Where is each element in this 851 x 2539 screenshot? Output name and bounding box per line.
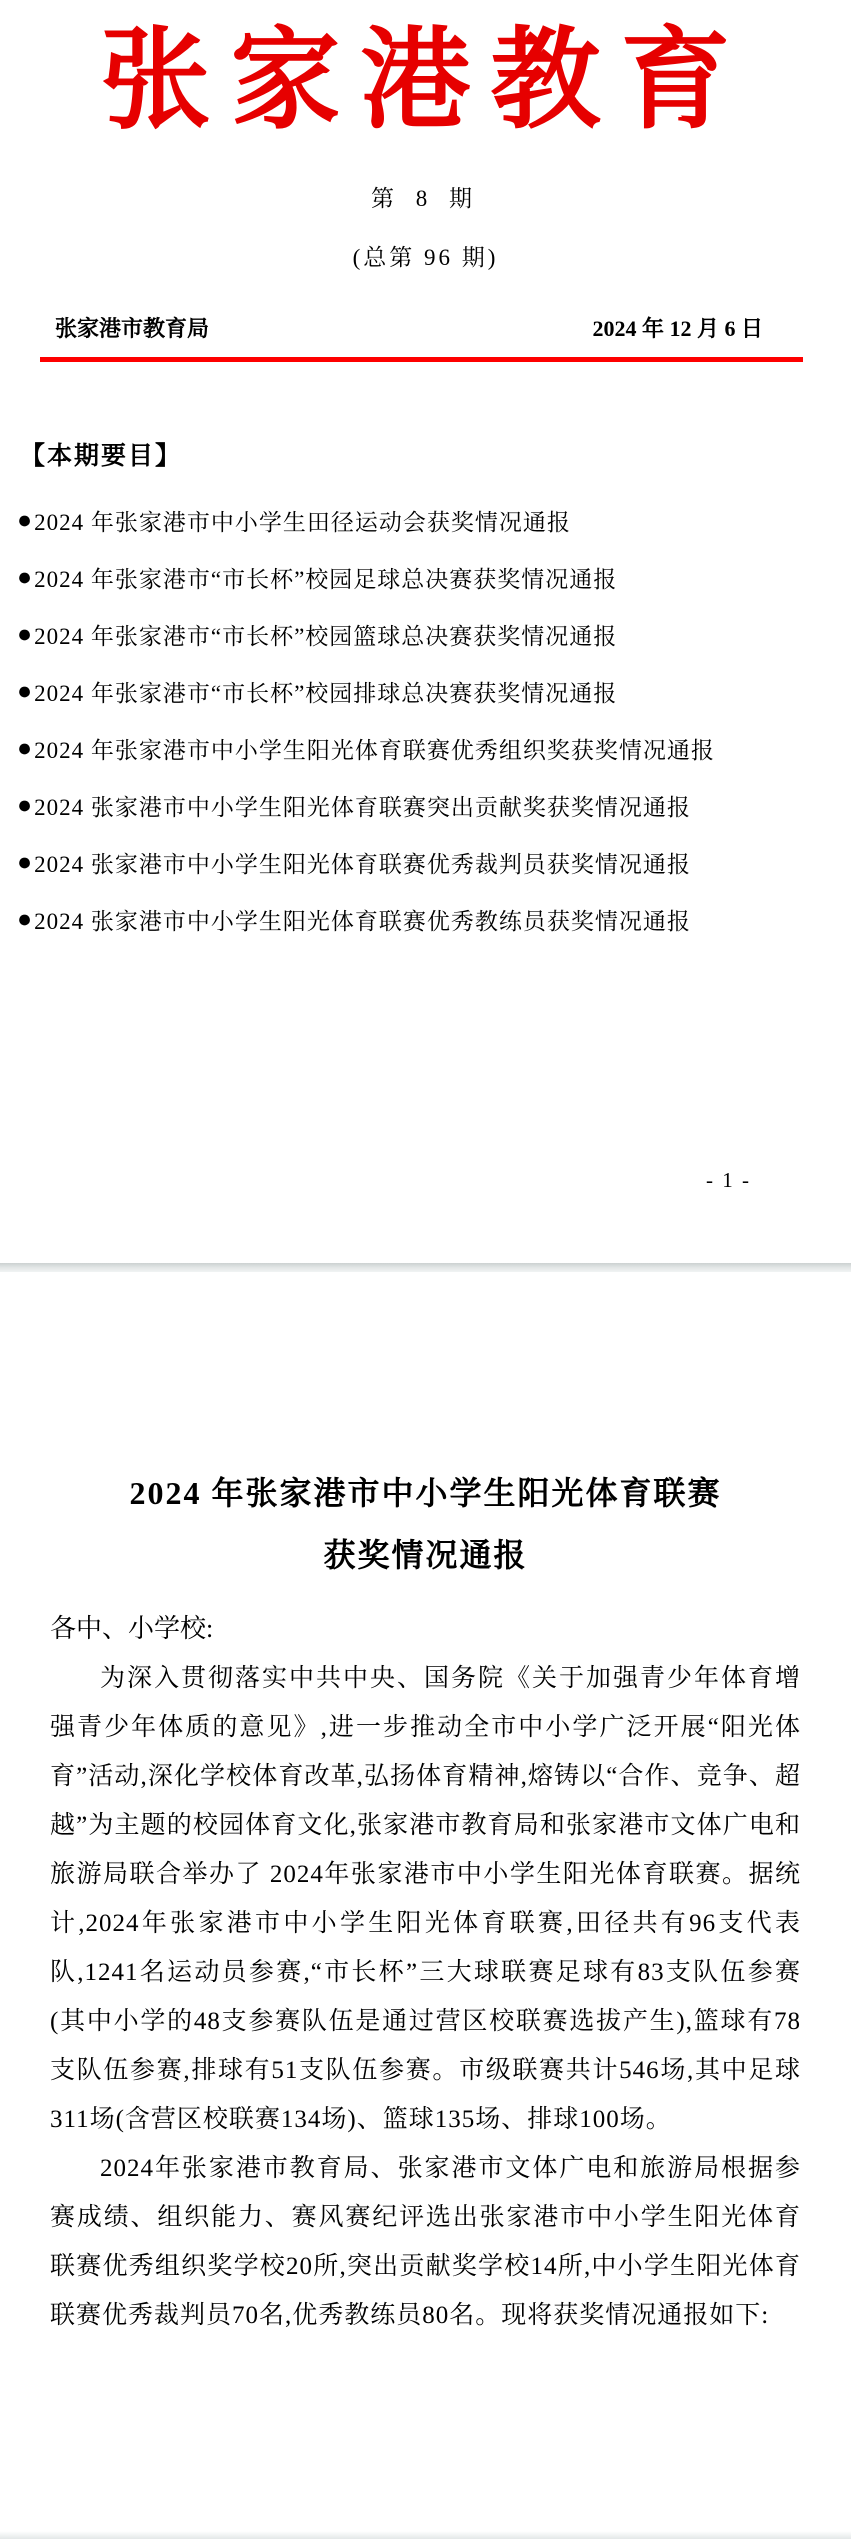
masthead-title: 张家港教育 [0,14,851,146]
bulletin-document: 张家港教育 第 8 期 (总第 96 期) 张家港市教育局 2024 年 12 … [0,0,851,2539]
toc-heading: 【本期要目】 [20,436,851,472]
bottom-page-edge [0,2531,851,2539]
publish-date: 2024 年 12 月 6 日 [592,312,763,343]
toc-item: ● 2024 张家港市中小学生阳光体育联赛优秀教练员获奖情况通报 [0,891,851,948]
bullet-icon: ● [17,907,33,932]
toc-item-label: 2024 年张家港市“市长杯”校园排球总决赛获奖情况通报 [34,675,617,708]
toc-item-label: 2024 张家港市中小学生阳光体育联赛突出贡献奖获奖情况通报 [34,789,691,822]
toc-item-label: 2024 张家港市中小学生阳光体育联赛优秀裁判员获奖情况通报 [34,846,691,879]
bullet-icon: ● [17,793,33,818]
page-break-separator [0,1263,851,1272]
toc-item: ● 2024 年张家港市“市长杯”校园足球总决赛获奖情况通报 [0,549,851,606]
issue-total-number: (总第 96 期) [0,239,851,272]
toc-list: ● 2024 年张家港市中小学生田径运动会获奖情况通报 ● 2024 年张家港市… [0,492,851,948]
article-body: 为深入贯彻落实中共中央、国务院《关于加强青少年体育增强青少年体质的意见》,进一步… [0,1654,851,2340]
bullet-icon: ● [17,679,33,704]
publisher-row: 张家港市教育局 2024 年 12 月 6 日 [0,312,851,343]
toc-item-label: 2024 年张家港市“市长杯”校园足球总决赛获奖情况通报 [34,561,617,594]
issue-number: 第 8 期 [0,180,851,213]
toc-item: ● 2024 年张家港市“市长杯”校园篮球总决赛获奖情况通报 [0,606,851,663]
toc-item: ● 2024 年张家港市中小学生田径运动会获奖情况通报 [0,492,851,549]
toc-item-label: 2024 张家港市中小学生阳光体育联赛优秀教练员获奖情况通报 [34,903,691,936]
bullet-icon: ● [17,850,33,875]
toc-item-label: 2024 年张家港市中小学生阳光体育联赛优秀组织奖获奖情况通报 [34,732,715,765]
toc-item-label: 2024 年张家港市中小学生田径运动会获奖情况通报 [34,504,571,537]
bullet-icon: ● [17,508,33,533]
toc-item: ● 2024 年张家港市“市长杯”校园排球总决赛获奖情况通报 [0,663,851,720]
bullet-icon: ● [17,565,33,590]
toc-item-label: 2024 年张家港市“市长杯”校园篮球总决赛获奖情况通报 [34,618,617,651]
article-title-line2: 获奖情况通报 [0,1524,851,1586]
article-title: 2024 年张家港市中小学生阳光体育联赛 获奖情况通报 [0,1462,851,1586]
page-number: - 1 - [0,1168,851,1193]
article-paragraph: 2024年张家港市教育局、张家港市文体广电和旅游局根据参赛成绩、组织能力、赛风赛… [50,2144,801,2340]
salutation: 各中、小学校: [0,1604,851,1654]
toc-item: ● 2024 年张家港市中小学生阳光体育联赛优秀组织奖获奖情况通报 [0,720,851,777]
article-paragraph: 为深入贯彻落实中共中央、国务院《关于加强青少年体育增强青少年体质的意见》,进一步… [50,1654,801,2144]
article-title-line1: 2024 年张家港市中小学生阳光体育联赛 [0,1462,851,1524]
bullet-icon: ● [17,736,33,761]
publisher-name: 张家港市教育局 [55,312,209,343]
header-divider-rule [40,357,803,362]
toc-item: ● 2024 张家港市中小学生阳光体育联赛突出贡献奖获奖情况通报 [0,777,851,834]
bullet-icon: ● [17,622,33,647]
toc-item: ● 2024 张家港市中小学生阳光体育联赛优秀裁判员获奖情况通报 [0,834,851,891]
